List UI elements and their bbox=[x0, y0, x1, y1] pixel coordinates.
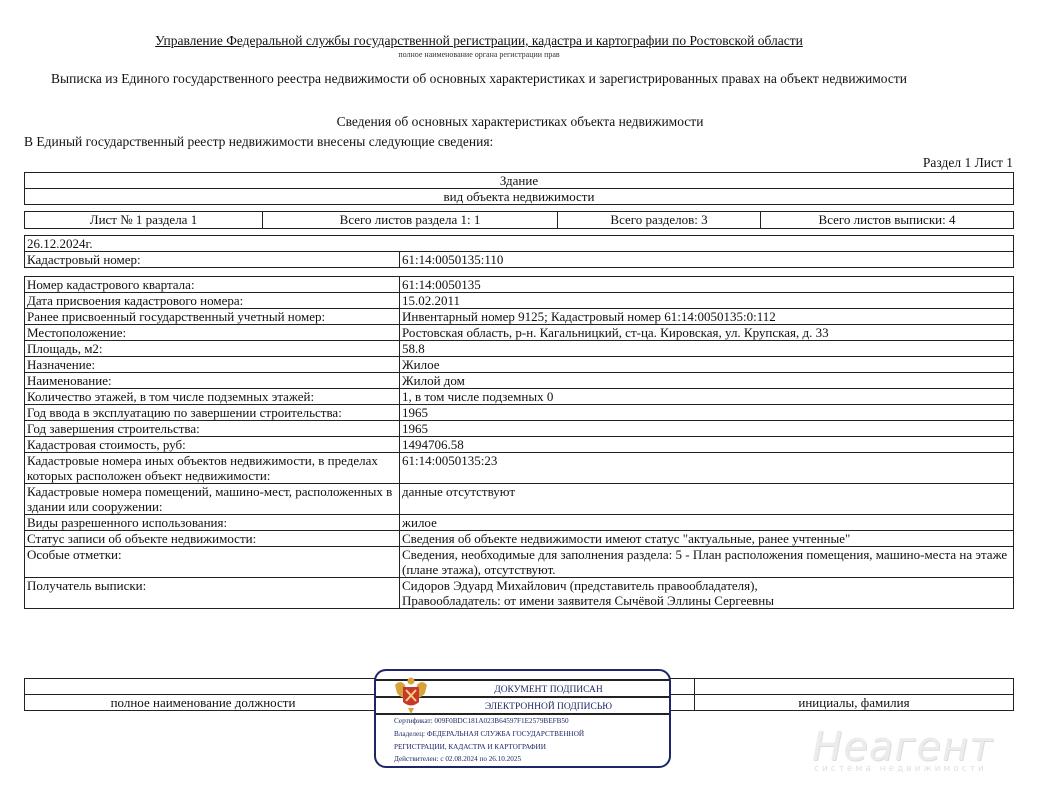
section-sheets-total: Всего листов раздела 1: 1 bbox=[263, 212, 558, 229]
row-value: 61:14:0050135 bbox=[400, 277, 1014, 293]
table-row: Получатель выписки:Сидоров Эдуард Михайл… bbox=[25, 578, 1014, 609]
table-row: Особые отметки:Сведения, необходимые для… bbox=[25, 547, 1014, 578]
header-info-table: 26.12.2024г. Кадастровый номер: 61:14:00… bbox=[24, 235, 1014, 268]
row-value: 61:14:0050135:23 bbox=[400, 453, 1014, 484]
table-row: Год завершения строительства:1965 bbox=[25, 421, 1014, 437]
row-label: Кадастровая стоимость, руб: bbox=[25, 437, 400, 453]
sections-total: Всего разделов: 3 bbox=[558, 212, 761, 229]
extract-sheets-total: Всего листов выписки: 4 bbox=[761, 212, 1014, 229]
table-row: Ранее присвоенный государственный учетны… bbox=[25, 309, 1014, 325]
document-title: Выписка из Единого государственного реес… bbox=[0, 71, 958, 87]
section-title: Сведения об основных характеристиках объ… bbox=[0, 114, 1040, 130]
row-label: Назначение: bbox=[25, 357, 400, 373]
table-row: Назначение:Жилое bbox=[25, 357, 1014, 373]
coat-of-arms-icon bbox=[392, 675, 430, 715]
cadastral-number-label: Кадастровый номер: bbox=[25, 252, 400, 268]
row-label: Наименование: bbox=[25, 373, 400, 389]
table-row: Наименование:Жилой дом bbox=[25, 373, 1014, 389]
row-value: жилое bbox=[400, 515, 1014, 531]
row-label: Количество этажей, в том числе подземных… bbox=[25, 389, 400, 405]
watermark-tagline: система недвижимости bbox=[814, 764, 987, 774]
object-kind-caption: вид объекта недвижимости bbox=[25, 189, 1014, 205]
row-label: Статус записи об объекте недвижимости: bbox=[25, 531, 400, 547]
sheet-reference: Раздел 1 Лист 1 bbox=[923, 155, 1013, 171]
pages-table: Лист № 1 раздела 1 Всего листов раздела … bbox=[24, 211, 1014, 229]
stamp-validity: Действителен: с 02.08.2024 по 26.10.2025 bbox=[394, 755, 521, 763]
row-value: 1965 bbox=[400, 421, 1014, 437]
table-row: Дата присвоения кадастрового номера:15.0… bbox=[25, 293, 1014, 309]
row-value: Ростовская область, р-н. Кагальницкий, с… bbox=[400, 325, 1014, 341]
name-field bbox=[695, 679, 1014, 695]
row-value: Сведения, необходимые для заполнения раз… bbox=[400, 547, 1014, 578]
stamp-owner-2: РЕГИСТРАЦИИ, КАДАСТРА И КАРТОГРАФИИ bbox=[394, 743, 546, 751]
row-label: Местоположение: bbox=[25, 325, 400, 341]
row-label: Площадь, м2: bbox=[25, 341, 400, 357]
intro-text: В Единый государственный реестр недвижим… bbox=[24, 134, 493, 150]
stamp-line-2: ЭЛЕКТРОННОЙ ПОДПИСЬЮ bbox=[436, 702, 661, 712]
object-kind-value: Здание bbox=[25, 173, 1014, 189]
row-value: 58.8 bbox=[400, 341, 1014, 357]
row-label: Особые отметки: bbox=[25, 547, 400, 578]
row-value: Сведения об объекте недвижимости имеют с… bbox=[400, 531, 1014, 547]
extract-date: 26.12.2024г. bbox=[25, 236, 1014, 252]
cadastral-number-value: 61:14:0050135:110 bbox=[400, 252, 1014, 268]
row-label: Год ввода в эксплуатацию по завершении с… bbox=[25, 405, 400, 421]
stamp-certificate: Сертификат: 009F0BDC181A023B64597F1E2579… bbox=[394, 717, 569, 725]
row-label: Кадастровые номера помещений, машино-мес… bbox=[25, 484, 400, 515]
row-label: Виды разрешенного использования: bbox=[25, 515, 400, 531]
position-field bbox=[25, 679, 382, 695]
row-value: 1, в том числе подземных 0 bbox=[400, 389, 1014, 405]
table-row: Местоположение:Ростовская область, р-н. … bbox=[25, 325, 1014, 341]
stamp-owner-1: Владелец: ФЕДЕРАЛЬНАЯ СЛУЖБА ГОСУДАРСТВЕ… bbox=[394, 730, 584, 738]
agency-caption: полное наименование органа регистрации п… bbox=[0, 50, 958, 59]
row-value: Инвентарный номер 9125; Кадастровый номе… bbox=[400, 309, 1014, 325]
table-row: Площадь, м2:58.8 bbox=[25, 341, 1014, 357]
row-label: Ранее присвоенный государственный учетны… bbox=[25, 309, 400, 325]
table-row: Номер кадастрового квартала:61:14:005013… bbox=[25, 277, 1014, 293]
row-label: Год завершения строительства: bbox=[25, 421, 400, 437]
row-label: Получатель выписки: bbox=[25, 578, 400, 609]
electronic-signature-stamp: ДОКУМЕНТ ПОДПИСАН ЭЛЕКТРОННОЙ ПОДПИСЬЮ С… bbox=[374, 669, 671, 768]
name-caption: инициалы, фамилия bbox=[695, 695, 1014, 711]
table-row: Количество этажей, в том числе подземных… bbox=[25, 389, 1014, 405]
row-value: данные отсутствуют bbox=[400, 484, 1014, 515]
table-row: Кадастровая стоимость, руб:1494706.58 bbox=[25, 437, 1014, 453]
table-row: Год ввода в эксплуатацию по завершении с… bbox=[25, 405, 1014, 421]
row-value: Жилое bbox=[400, 357, 1014, 373]
position-caption: полное наименование должности bbox=[25, 695, 382, 711]
row-value: Сидоров Эдуард Михайлович (представитель… bbox=[400, 578, 1014, 609]
table-row: Виды разрешенного использования:жилое bbox=[25, 515, 1014, 531]
table-row: Кадастровые номера иных объектов недвижи… bbox=[25, 453, 1014, 484]
row-label: Кадастровые номера иных объектов недвижи… bbox=[25, 453, 400, 484]
row-value: 1494706.58 bbox=[400, 437, 1014, 453]
sheet-number: Лист № 1 раздела 1 bbox=[25, 212, 263, 229]
table-row: Статус записи об объекте недвижимости:Св… bbox=[25, 531, 1014, 547]
row-value: Жилой дом bbox=[400, 373, 1014, 389]
agency-name: Управление Федеральной службы государств… bbox=[0, 33, 958, 49]
row-value: 15.02.2011 bbox=[400, 293, 1014, 309]
object-kind-table: Здание вид объекта недвижимости bbox=[24, 172, 1014, 205]
characteristics-table: Номер кадастрового квартала:61:14:005013… bbox=[24, 276, 1014, 609]
row-label: Дата присвоения кадастрового номера: bbox=[25, 293, 400, 309]
row-label: Номер кадастрового квартала: bbox=[25, 277, 400, 293]
row-value: 1965 bbox=[400, 405, 1014, 421]
table-row: Кадастровые номера помещений, машино-мес… bbox=[25, 484, 1014, 515]
stamp-line-1: ДОКУМЕНТ ПОДПИСАН bbox=[436, 685, 661, 695]
